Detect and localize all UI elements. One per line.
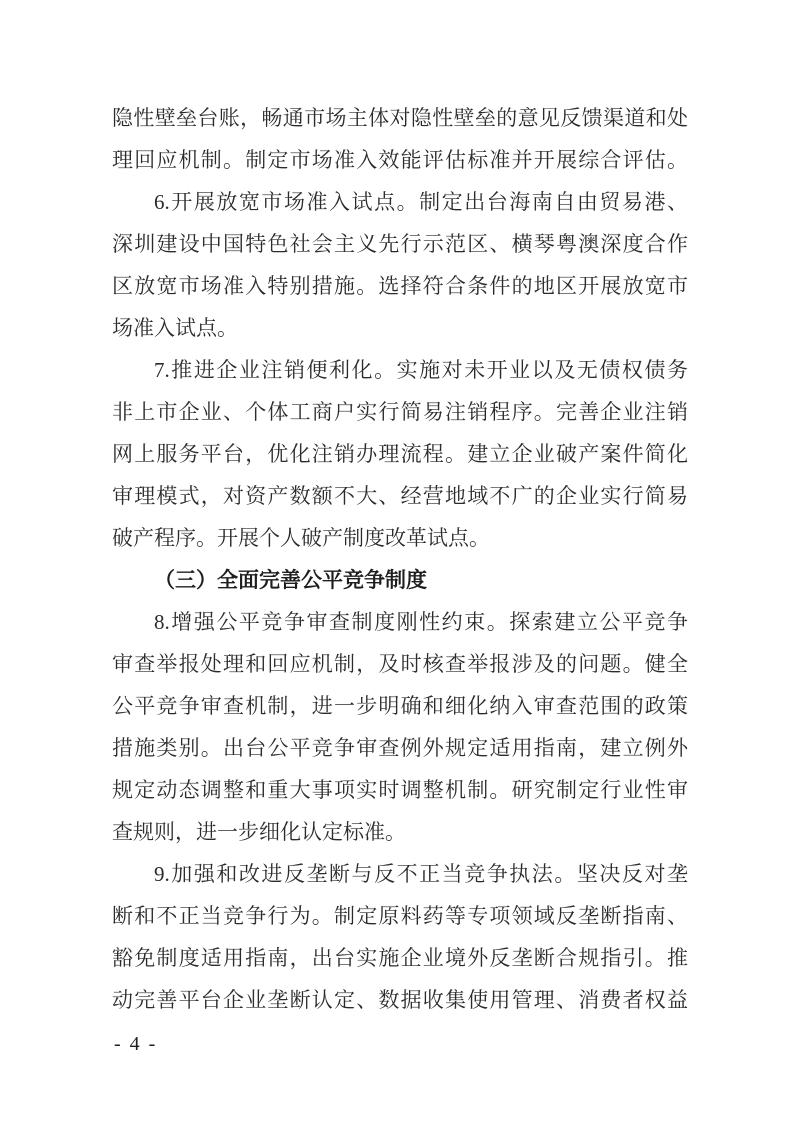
text-line: 动完善平台企业垄断认定、数据收集使用管理、消费者权益	[112, 979, 688, 1021]
text-line: 规定动态调整和重大事项实时调整机制。研究制定行业性审	[112, 769, 688, 811]
text-line: 措施类别。出台公平竞争审查例外规定适用指南，建立例外	[112, 727, 688, 769]
document-page: 隐性壁垒台账，畅通市场主体对隐性壁垒的意见反馈渠道和处 理回应机制。制定市场准入…	[0, 0, 800, 1131]
text-line: 网上服务平台，优化注销办理流程。建立企业破产案件简化	[112, 433, 688, 475]
document-text-block: 隐性壁垒台账，畅通市场主体对隐性壁垒的意见反馈渠道和处 理回应机制。制定市场准入…	[112, 97, 688, 1021]
paragraph-item-9: 9.加强和改进反垄断与反不正当竞争执法。坚决反对垄 断和不正当竞争行为。制定原料…	[112, 853, 688, 1021]
text-line: 非上市企业、个体工商户实行简易注销程序。完善企业注销	[112, 391, 688, 433]
section-heading-text: （三）全面完善公平竞争制度	[112, 559, 688, 601]
text-line: 8.增强公平竞争审查制度刚性约束。探索建立公平竞争	[112, 601, 688, 643]
text-line: 审理模式，对资产数额不大、经营地域不广的企业实行简易	[112, 475, 688, 517]
text-line: 9.加强和改进反垄断与反不正当竞争执法。坚决反对垄	[112, 853, 688, 895]
paragraph-item-7: 7.推进企业注销便利化。实施对未开业以及无债权债务 非上市企业、个体工商户实行简…	[112, 349, 688, 559]
text-line: 理回应机制。制定市场准入效能评估标准并开展综合评估。	[112, 139, 688, 181]
text-line: 深圳建设中国特色社会主义先行示范区、横琴粤澳深度合作	[112, 223, 688, 265]
text-line: 公平竞争审查机制，进一步明确和细化纳入审查范围的政策	[112, 685, 688, 727]
text-line: 隐性壁垒台账，畅通市场主体对隐性壁垒的意见反馈渠道和处	[112, 97, 688, 139]
text-line: 审查举报处理和回应机制，及时核查举报涉及的问题。健全	[112, 643, 688, 685]
page-number: - 4 -	[114, 1029, 157, 1059]
text-line: 断和不正当竞争行为。制定原料药等专项领域反垄断指南、	[112, 895, 688, 937]
text-line: 场准入试点。	[112, 307, 688, 349]
text-line: 查规则，进一步细化认定标准。	[112, 811, 688, 853]
section-heading-3: （三）全面完善公平竞争制度	[112, 559, 688, 601]
paragraph-item-6: 6.开展放宽市场准入试点。制定出台海南自由贸易港、 深圳建设中国特色社会主义先行…	[112, 181, 688, 349]
paragraph-item-5-continuation: 隐性壁垒台账，畅通市场主体对隐性壁垒的意见反馈渠道和处 理回应机制。制定市场准入…	[112, 97, 688, 181]
text-line: 6.开展放宽市场准入试点。制定出台海南自由贸易港、	[112, 181, 688, 223]
paragraph-item-8: 8.增强公平竞争审查制度刚性约束。探索建立公平竞争 审查举报处理和回应机制，及时…	[112, 601, 688, 853]
text-line: 豁免制度适用指南，出台实施企业境外反垄断合规指引。推	[112, 937, 688, 979]
text-line: 区放宽市场准入特别措施。选择符合条件的地区开展放宽市	[112, 265, 688, 307]
text-line: 破产程序。开展个人破产制度改革试点。	[112, 517, 688, 559]
text-line: 7.推进企业注销便利化。实施对未开业以及无债权债务	[112, 349, 688, 391]
